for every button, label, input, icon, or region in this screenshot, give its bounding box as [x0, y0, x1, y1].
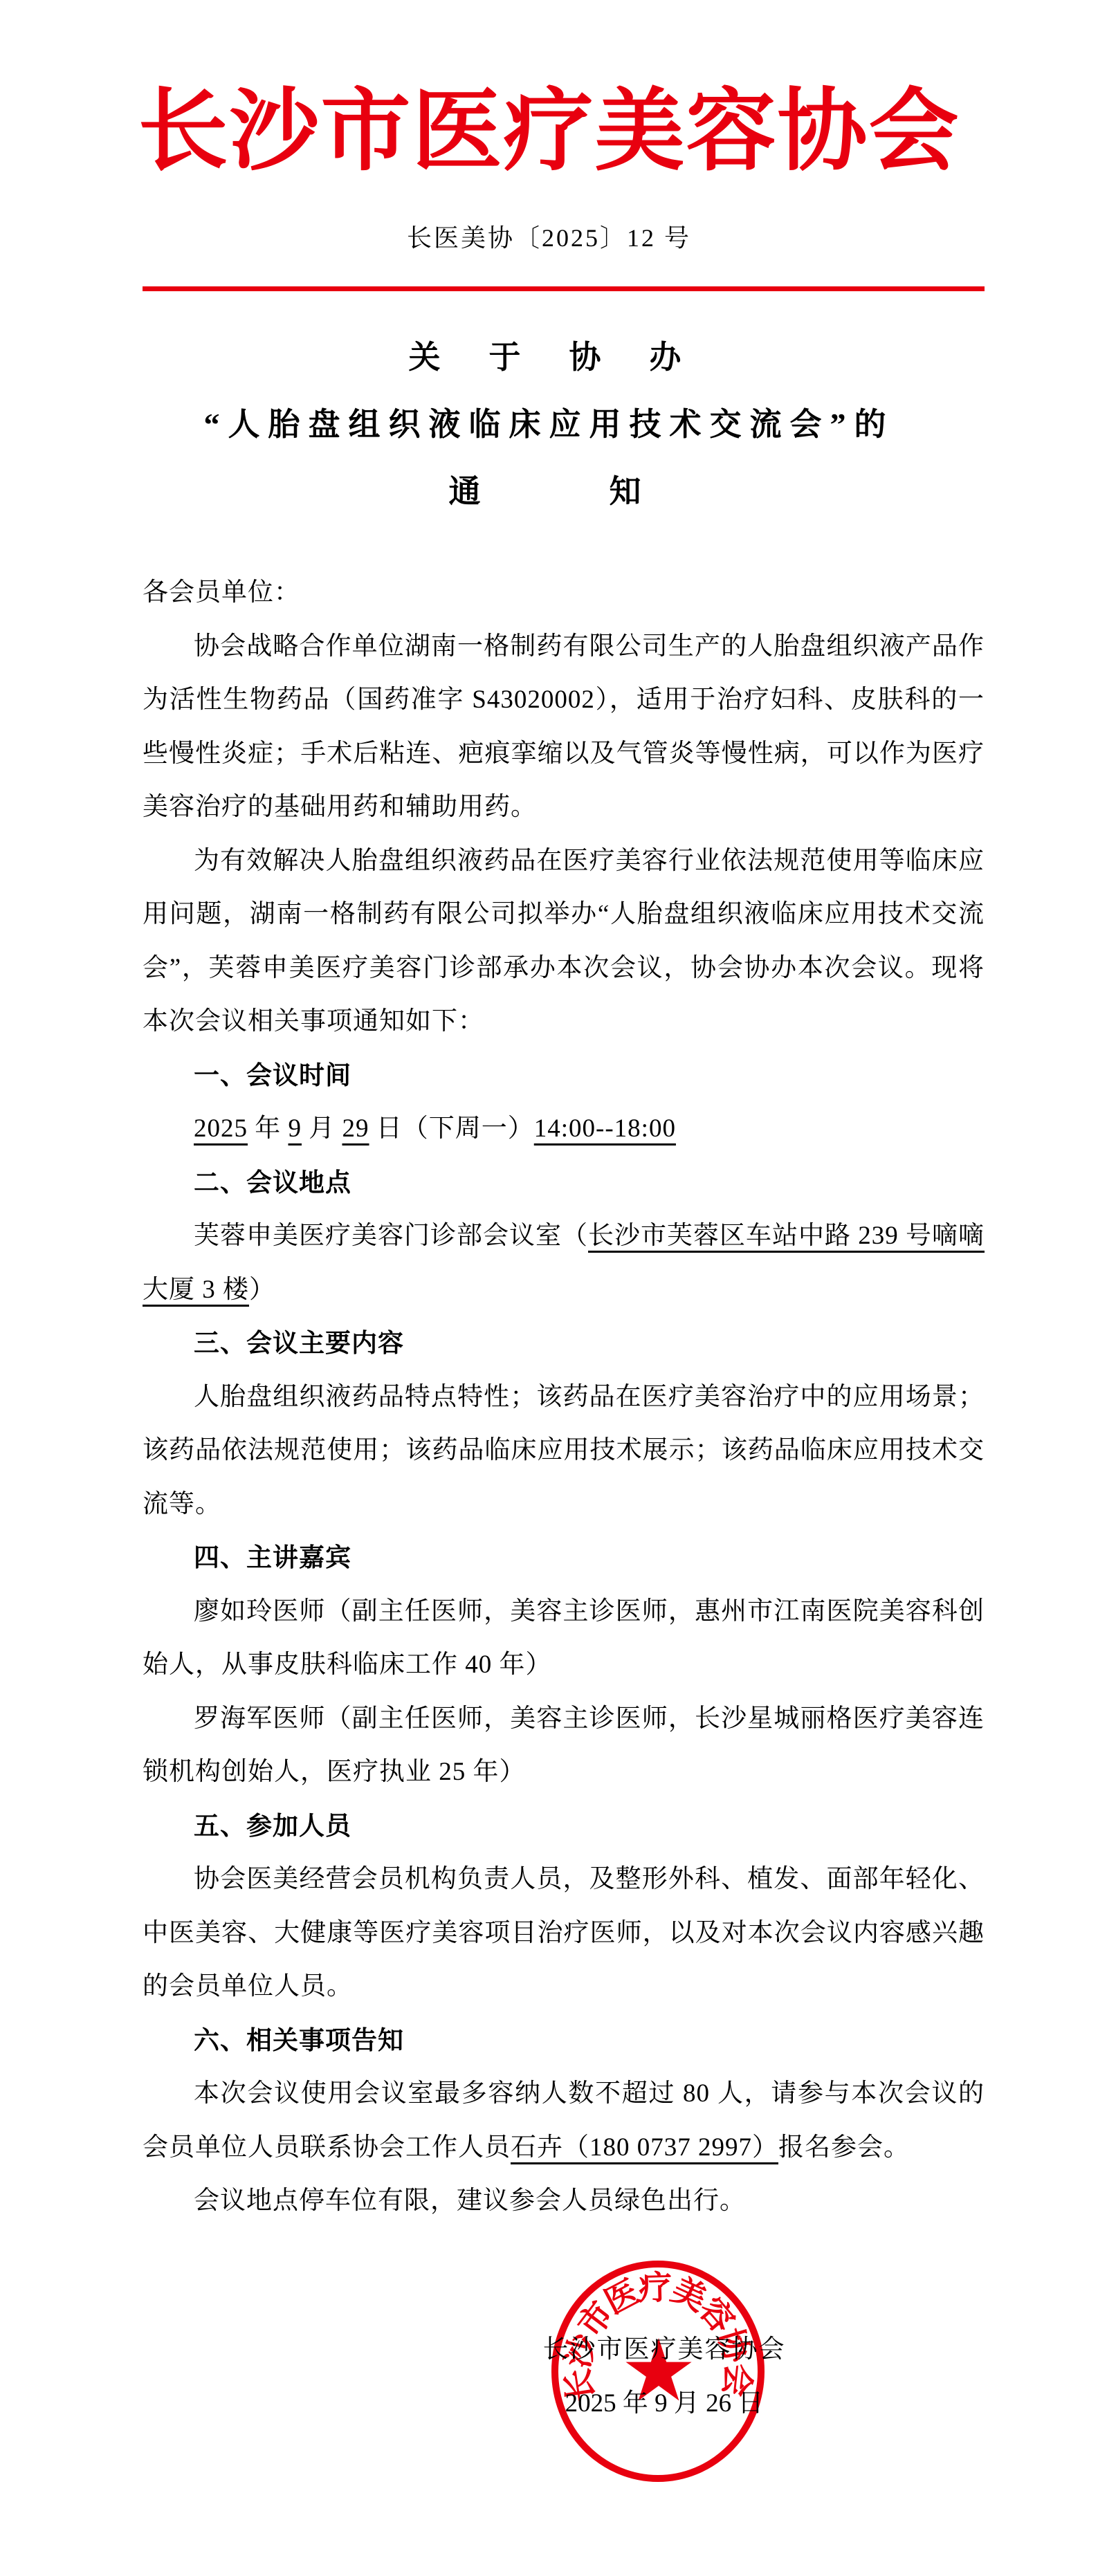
signature-date: 2025 年 9 月 26 日	[484, 2377, 844, 2431]
paragraph-speaker-2: 罗海军医师（副主任医师，美容主诊医师，长沙星城丽格医疗美容连锁机构创始人，医疗执…	[143, 1692, 985, 1799]
signature-block: 长沙市医疗美容协会 2025 年 9 月 26 日	[484, 2323, 844, 2431]
signature-org-name: 长沙市医疗美容协会	[484, 2323, 844, 2377]
paragraph-meeting-content: 人胎盘组织液药品特点特性；该药品在医疗美容治疗中的应用场景；该药品依法规范使用；…	[143, 1370, 985, 1531]
meeting-month: 9	[289, 1114, 302, 1143]
document-number: 长医美协〔2025〕12 号	[0, 221, 1098, 255]
venue-close-paren: ）	[249, 1276, 275, 1304]
meeting-hours: 14:00--18:00	[534, 1114, 676, 1143]
notice-title: 关 于 协 办 “人胎盘组织液临床应用技术交流会”的 通 知	[128, 324, 970, 525]
notice-title-line1: 关 于 协 办	[128, 324, 970, 391]
meeting-year: 2025	[194, 1114, 248, 1143]
section-heading-4-speakers: 四、主讲嘉宾	[143, 1531, 985, 1585]
section-heading-5-participants: 五、参加人员	[143, 1799, 985, 1853]
notice-title-line2: “人胎盘组织液临床应用技术交流会”的	[128, 391, 970, 458]
notice-body: 各会员单位： 协会战略合作单位湖南一格制药有限公司生产的人胎盘组织液产品作为活性…	[143, 566, 985, 2228]
contact-person-phone: 石卉（180 0737 2997）	[511, 2133, 778, 2162]
paragraph-background-1: 协会战略合作单位湖南一格制药有限公司生产的人胎盘组织液产品作为活性生物药品（国药…	[143, 620, 985, 834]
issuing-org-title: 长沙市医疗美容协会	[0, 83, 1098, 182]
meeting-place-line: 芙蓉申美医疗美容门诊部会议室（长沙市芙蓉区车站中路 239 号嘀嘀大厦 3 楼）	[143, 1209, 985, 1316]
venue-name: 芙蓉申美医疗美容门诊部会议室（	[194, 1222, 588, 1250]
meeting-time-line: 2025 年 9 月 29 日（下周一）14:00--18:00	[143, 1102, 985, 1156]
paragraph-participants: 协会医美经营会员机构负责人员，及整形外科、植发、面部年轻化、中医美容、大健康等医…	[143, 1852, 985, 2014]
registration-text-post: 报名参会。	[778, 2133, 910, 2162]
meeting-month-label: 月	[302, 1114, 342, 1143]
red-divider-rule	[143, 286, 985, 291]
section-heading-3-meeting-content: 三、会议主要内容	[143, 1316, 985, 1370]
meeting-day-label: 日（下周一）	[369, 1114, 534, 1143]
section-heading-2-meeting-place: 二、会议地点	[143, 1156, 985, 1210]
paragraph-speaker-1: 廖如玲医师（副主任医师，美容主诊医师，惠州市江南医院美容科创始人，从事皮肤科临床…	[143, 1585, 985, 1692]
paragraph-background-2: 为有效解决人胎盘组织液药品在医疗美容行业依法规范使用等临床应用问题，湖南一格制药…	[143, 834, 985, 1049]
meeting-year-label: 年	[248, 1114, 289, 1143]
paragraph-parking-advice: 会议地点停车位有限，建议参会人员绿色出行。	[143, 2174, 985, 2228]
notice-title-line3: 通 知	[128, 458, 970, 525]
meeting-day: 29	[342, 1114, 369, 1143]
paragraph-registration: 本次会议使用会议室最多容纳人数不超过 80 人，请参与本次会议的会员单位人员联系…	[143, 2067, 985, 2174]
official-notice-document: 长沙市医疗美容协会 长医美协〔2025〕12 号 关 于 协 办 “人胎盘组织液…	[0, 0, 1098, 2576]
section-heading-6-related-matters: 六、相关事项告知	[143, 2014, 985, 2068]
section-heading-1-meeting-time: 一、会议时间	[143, 1049, 985, 1103]
salutation: 各会员单位：	[143, 566, 985, 620]
